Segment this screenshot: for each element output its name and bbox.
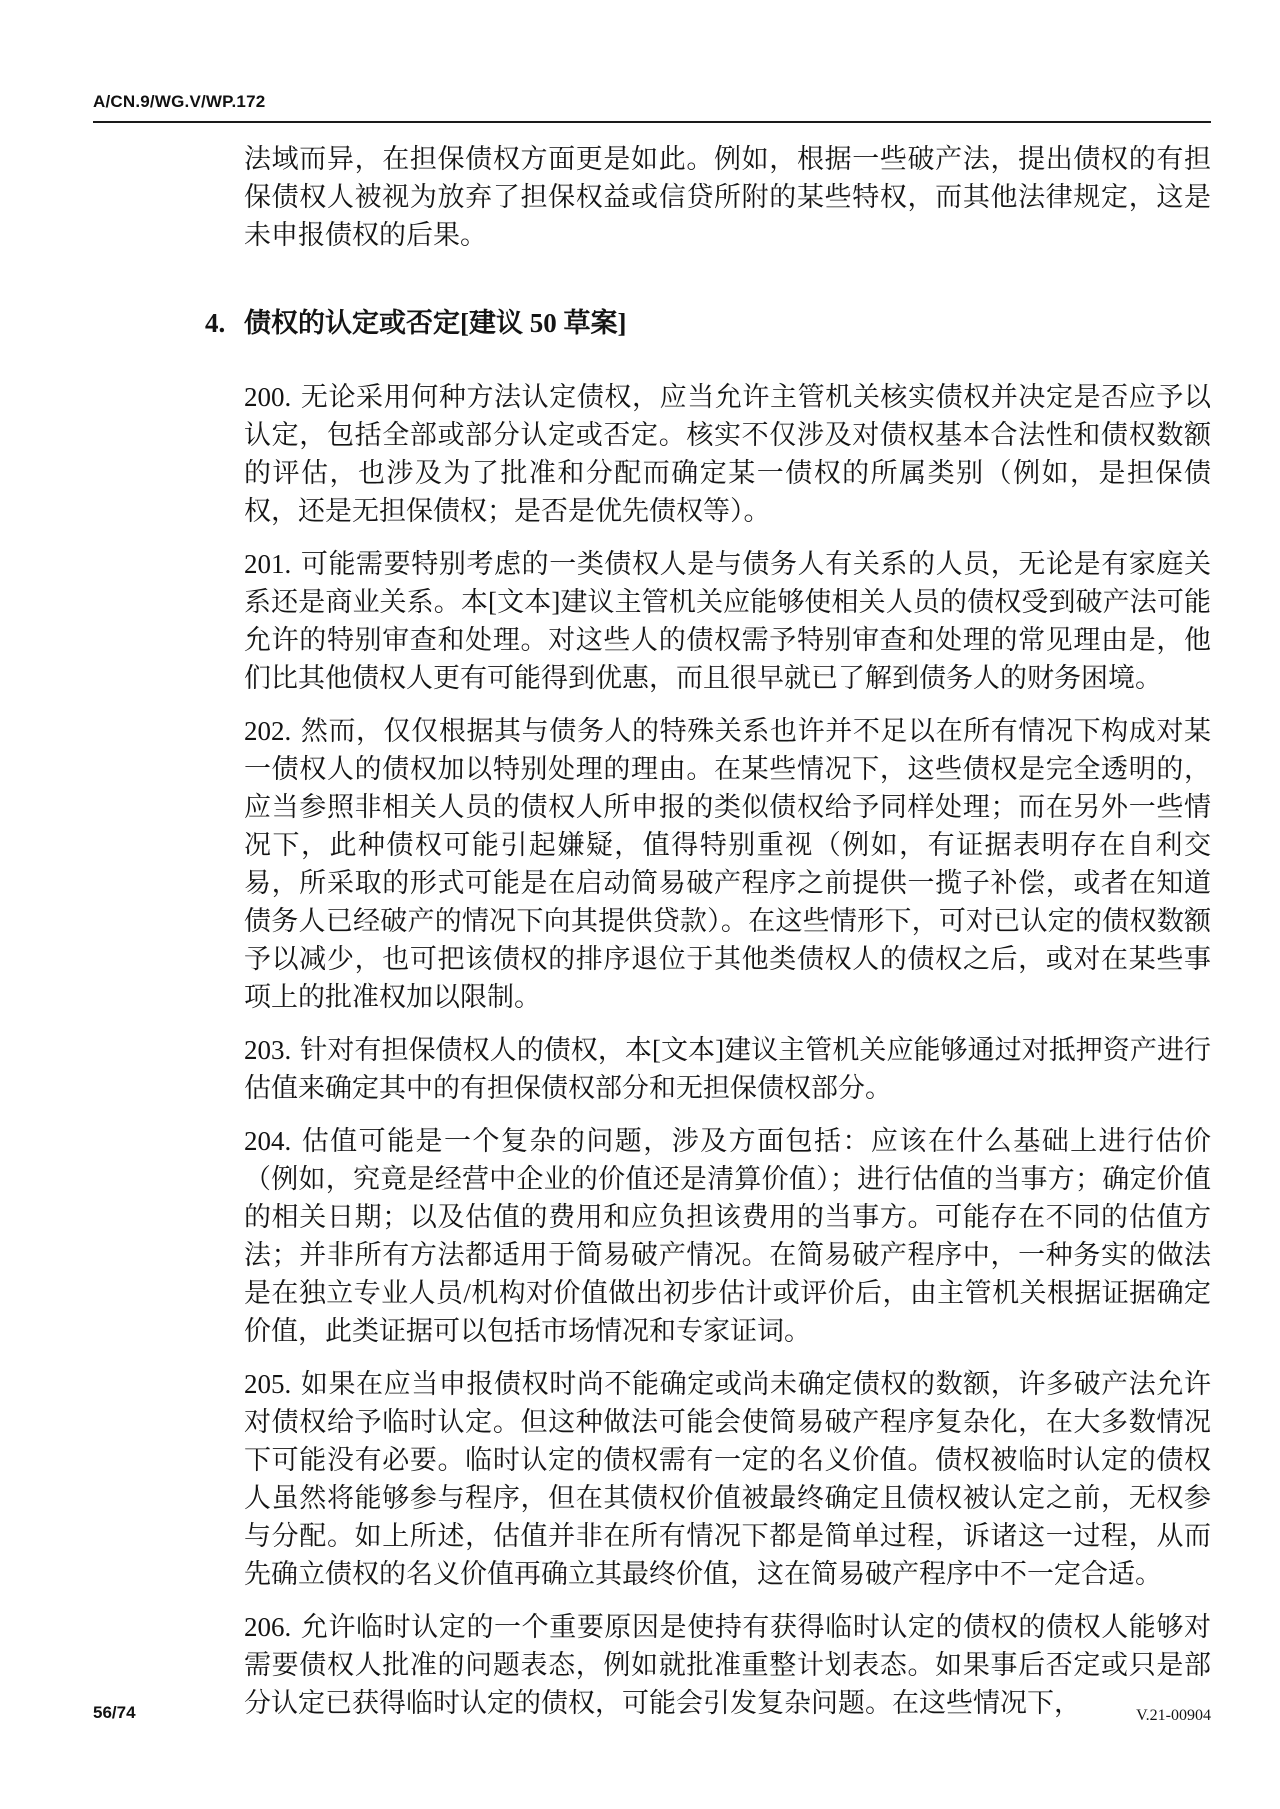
paragraph-204: 204.估值可能是一个复杂的问题，涉及方面包括：应该在什么基础上进行估价（例如，… xyxy=(244,1122,1211,1350)
paragraph-203: 203.针对有担保债权人的债权，本[文本]建议主管机关应能够通过对抵押资产进行估… xyxy=(244,1031,1211,1107)
intro-paragraph: 法域而异，在担保债权方面更是如此。例如，根据一些破产法，提出债权的有担保债权人被… xyxy=(244,140,1211,254)
footer-page-number: 56/74 xyxy=(93,1703,136,1723)
paragraph-number: 204. xyxy=(244,1126,300,1156)
paragraph-200: 200.无论采用何种方法认定债权，应当允许主管机关核实债权并决定是否应予以认定，… xyxy=(244,378,1211,530)
header-divider xyxy=(93,121,1211,123)
paragraph-number: 200. xyxy=(244,382,300,412)
paragraph-201: 201.可能需要特别考虑的一类债权人是与债务人有关系的人员，无论是有家庭关系还是… xyxy=(244,545,1211,697)
paragraph-text: 允许临时认定的一个重要原因是使持有获得临时认定的债权的债权人能够对需要债权人批准… xyxy=(244,1612,1211,1718)
paragraph-205: 205.如果在应当申报债权时尚不能确定或尚未确定债权的数额，许多破产法允许对债权… xyxy=(244,1365,1211,1593)
section-title: 债权的认定或否定[建议 50 草案] xyxy=(244,304,626,342)
paragraph-number: 205. xyxy=(244,1369,300,1399)
paragraph-text: 无论采用何种方法认定债权，应当允许主管机关核实债权并决定是否应予以认定，包括全部… xyxy=(244,382,1211,526)
paragraph-202: 202.然而，仅仅根据其与债务人的特殊关系也许并不足以在所有情况下构成对某一债权… xyxy=(244,712,1211,1016)
section-heading: 4. 债权的认定或否定[建议 50 草案] xyxy=(205,304,1211,342)
paragraph-text: 如果在应当申报债权时尚不能确定或尚未确定债权的数额，许多破产法允许对债权给予临时… xyxy=(244,1369,1211,1589)
document-body: 法域而异，在担保债权方面更是如此。例如，根据一些破产法，提出债权的有担保债权人被… xyxy=(244,140,1211,1737)
paragraph-206: 206.允许临时认定的一个重要原因是使持有获得临时认定的债权的债权人能够对需要债… xyxy=(244,1608,1211,1722)
document-symbol: A/CN.9/WG.V/WP.172 xyxy=(93,92,1211,112)
page-header: A/CN.9/WG.V/WP.172 xyxy=(93,92,1211,131)
paragraph-number: 201. xyxy=(244,549,300,579)
paragraph-text: 可能需要特别考虑的一类债权人是与债务人有关系的人员，无论是有家庭关系还是商业关系… xyxy=(244,549,1211,693)
paragraph-text: 针对有担保债权人的债权，本[文本]建议主管机关应能够通过对抵押资产进行估值来确定… xyxy=(244,1035,1211,1103)
paragraph-number: 202. xyxy=(244,716,300,746)
footer-document-id: V.21-00904 xyxy=(1136,1707,1211,1725)
paragraph-text: 估值可能是一个复杂的问题，涉及方面包括：应该在什么基础上进行估价（例如，究竟是经… xyxy=(244,1126,1211,1346)
paragraph-number: 203. xyxy=(244,1035,300,1065)
document-page: A/CN.9/WG.V/WP.172 法域而异，在担保债权方面更是如此。例如，根… xyxy=(0,0,1280,1809)
section-number: 4. xyxy=(205,304,244,342)
paragraph-text: 然而，仅仅根据其与债务人的特殊关系也许并不足以在所有情况下构成对某一债权人的债权… xyxy=(244,716,1211,1012)
paragraph-number: 206. xyxy=(244,1612,300,1642)
